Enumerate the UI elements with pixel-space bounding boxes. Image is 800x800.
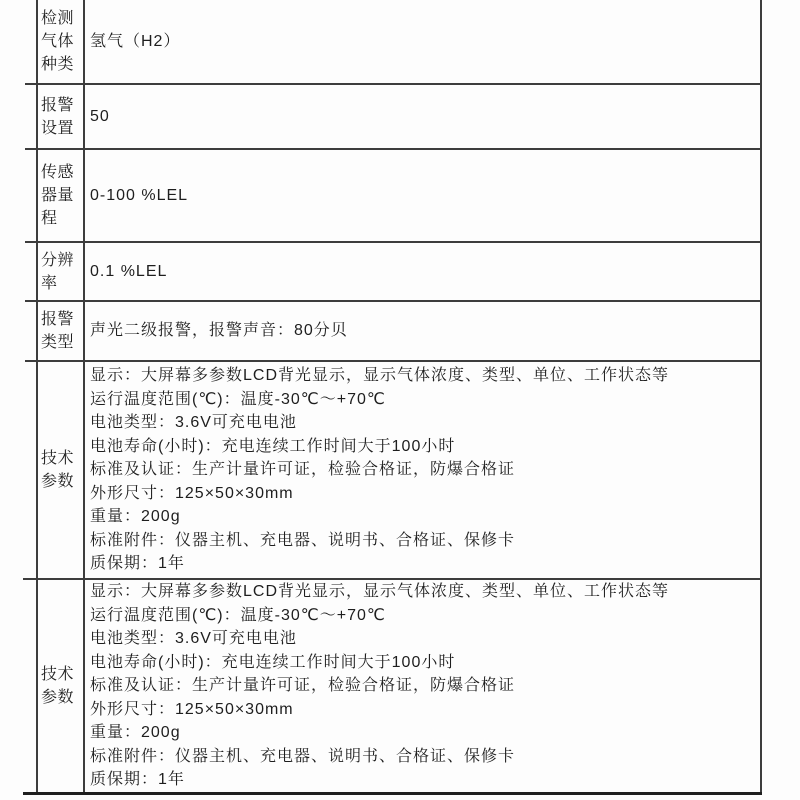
row-value-alarm-type: 声光二级报警，报警声音：80分贝 bbox=[85, 302, 762, 360]
value-line: 显示：大屏幕多参数LCD背光显示，显示气体浓度、类型、单位、工作状态等 bbox=[90, 364, 752, 388]
value-line: 电池类型：3.6V可充电电池 bbox=[90, 627, 752, 651]
row-value-sensor-range: 0-100 %LEL bbox=[85, 150, 762, 241]
value-line: 质保期：1年 bbox=[90, 768, 752, 792]
value-line: 标准及认证：生产计量许可证，检验合格证，防爆合格证 bbox=[90, 674, 752, 698]
table-row-tech-params-1: 技术参数 显示：大屏幕多参数LCD背光显示，显示气体浓度、类型、单位、工作状态等… bbox=[25, 362, 762, 580]
row-value-alarm-setting: 50 bbox=[85, 85, 762, 148]
value-line: 电池类型：3.6V可充电电池 bbox=[90, 411, 752, 435]
row-label-tech-params-2: 技术参数 bbox=[36, 580, 85, 792]
row-value-tech-params-2: 显示：大屏幕多参数LCD背光显示，显示气体浓度、类型、单位、工作状态等 运行温度… bbox=[85, 580, 762, 792]
row-label-gas-type: 检测气体种类 bbox=[36, 0, 85, 83]
value-line: 电池寿命(小时)：充电连续工作时间大于100小时 bbox=[90, 651, 752, 675]
value-line: 标准附件：仪器主机、充电器、说明书、合格证、保修卡 bbox=[90, 529, 752, 553]
value-line: 0-100 %LEL bbox=[90, 184, 752, 208]
value-line: 重量：200g bbox=[90, 721, 752, 745]
value-line: 运行温度范围(℃)：温度-30℃～+70℃ bbox=[90, 388, 752, 412]
table-row-gas-type: 检测气体种类 氢气（H2） bbox=[25, 0, 762, 85]
value-line: 标准及认证：生产计量许可证，检验合格证，防爆合格证 bbox=[90, 458, 752, 482]
value-line: 运行温度范围(℃)：温度-30℃～+70℃ bbox=[90, 604, 752, 628]
row-label-resolution: 分辨率 bbox=[36, 243, 85, 300]
value-line: 标准附件：仪器主机、充电器、说明书、合格证、保修卡 bbox=[90, 745, 752, 769]
row-value-tech-params-1: 显示：大屏幕多参数LCD背光显示，显示气体浓度、类型、单位、工作状态等 运行温度… bbox=[85, 362, 762, 578]
value-line: 质保期：1年 bbox=[90, 552, 752, 576]
value-line: 0.1 %LEL bbox=[90, 260, 752, 284]
value-line: 显示：大屏幕多参数LCD背光显示，显示气体浓度、类型、单位、工作状态等 bbox=[90, 580, 752, 604]
table-row-sensor-range: 传感器量程 0-100 %LEL bbox=[25, 150, 762, 243]
value-line: 电池寿命(小时)：充电连续工作时间大于100小时 bbox=[90, 435, 752, 459]
value-line: 外形尺寸：125×50×30mm bbox=[90, 482, 752, 506]
row-label-alarm-type: 报警类型 bbox=[36, 302, 85, 360]
table-row-alarm-type: 报警类型 声光二级报警，报警声音：80分贝 bbox=[25, 302, 762, 362]
row-value-resolution: 0.1 %LEL bbox=[85, 243, 762, 300]
table-row-tech-params-2: 技术参数 显示：大屏幕多参数LCD背光显示，显示气体浓度、类型、单位、工作状态等… bbox=[25, 580, 762, 795]
spec-table: 检测气体种类 氢气（H2） 报警设置 50 传感器量程 0-100 %LEL 分… bbox=[25, 0, 762, 795]
value-line: 声光二级报警，报警声音：80分贝 bbox=[90, 319, 752, 343]
row-label-tech-params-1: 技术参数 bbox=[36, 362, 85, 578]
row-label-sensor-range: 传感器量程 bbox=[36, 150, 85, 241]
value-line: 50 bbox=[90, 105, 752, 129]
table-row-resolution: 分辨率 0.1 %LEL bbox=[25, 243, 762, 302]
divider-line-extended bbox=[23, 578, 762, 580]
value-line: 氢气（H2） bbox=[90, 30, 752, 54]
table-row-alarm-setting: 报警设置 50 bbox=[25, 85, 762, 150]
row-label-alarm-setting: 报警设置 bbox=[36, 85, 85, 148]
spec-page: 检测气体种类 氢气（H2） 报警设置 50 传感器量程 0-100 %LEL 分… bbox=[0, 0, 800, 800]
value-line: 重量：200g bbox=[90, 505, 752, 529]
value-line: 外形尺寸：125×50×30mm bbox=[90, 698, 752, 722]
row-value-gas-type: 氢气（H2） bbox=[85, 0, 762, 83]
table-bottom-border bbox=[23, 792, 762, 795]
